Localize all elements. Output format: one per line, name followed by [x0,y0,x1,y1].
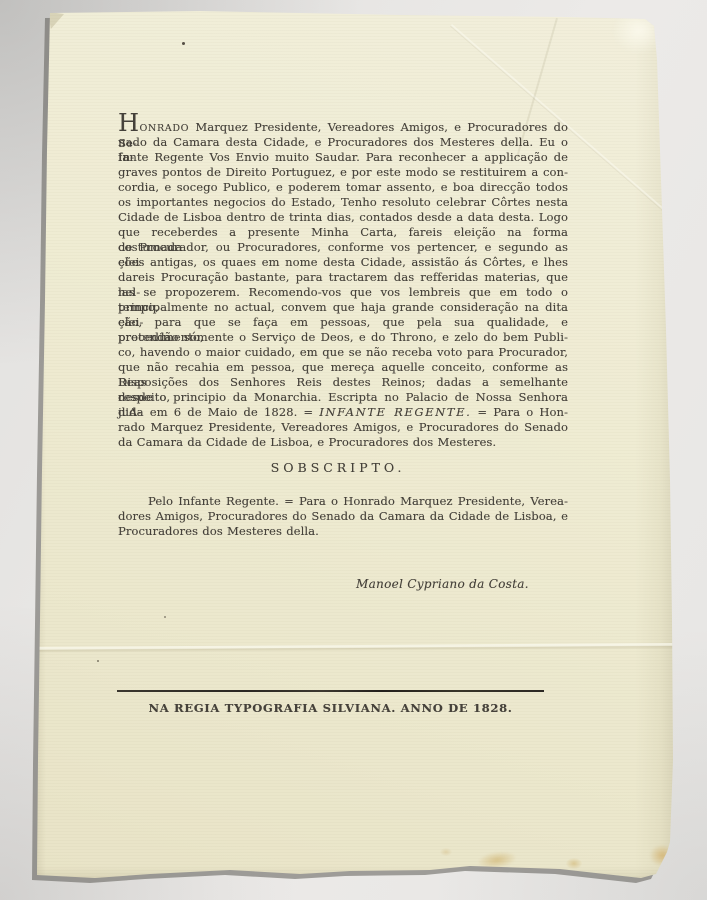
ink-speck [164,616,166,618]
text-line: las se propozerem. Recomendo-vos que vos… [118,285,568,300]
text-line: nado da Camara desta Cidade, e Procurado… [118,135,568,150]
text-line: principalmente no actual, convem que haj… [118,300,568,315]
text-line: cordia, e socego Publico, e poderem toma… [118,180,568,195]
paper-edge-shade-right [635,18,675,880]
signature-name: Manoel Cypriano da Costa. [356,577,529,592]
text-line: Disposições dos Senhores Reis destes Rei… [118,375,568,390]
ink-speck [97,660,99,662]
document-body-lines: nado da Camara desta Cidade, e Procurado… [118,135,568,405]
imprint-rule [117,690,544,692]
imprint-line: NA REGIA TYPOGRAFIA SILVIANA. ANNO DE 18… [117,701,544,716]
text-line: pretendão sómente o Serviço de Deos, e d… [118,330,568,345]
text-line: fante Regente Vos Envio muito Saudar. Pa… [118,150,568,165]
text-line: rado Marquez Presidente, Vereadores Amig… [118,420,568,435]
stain-blotch [650,845,675,866]
subscript-heading: SOBSCRIPTO. [118,460,558,475]
opening-line: HONRADO Marquez Presidente, Vereadores A… [118,120,568,135]
text-line: desde o principio da Monarchia. Escripta… [118,390,568,405]
text-line: que receberdes a presente Minha Carta, f… [118,225,568,240]
text-line: dores Amigos, Procuradores do Senado da … [118,509,568,524]
document-body: HONRADO Marquez Presidente, Vereadores A… [118,120,568,450]
subscript-paragraph: Pelo Infante Regente. = Para o Honrado M… [118,494,568,539]
regent-emphasis: INFANTE REGENTE. [319,405,471,419]
dated-line: juda em 6 de Maio de 1828. = INFANTE REG… [118,405,568,420]
drop-cap-initial: H [118,109,139,137]
text-line: Pelo Infante Regente. = Para o Honrado M… [118,494,568,509]
text-line: co, havendo o maior cuidado, em que se n… [118,345,568,360]
ink-speck [182,42,185,45]
text-line: que não recahia em pessoa, que mereça aq… [118,360,568,375]
text-line: dareis Procuração bastante, para tractar… [118,270,568,285]
photo-background: HONRADO Marquez Presidente, Vereadores A… [0,0,707,900]
text-line: Procuradores dos Mesteres della. [118,524,568,539]
text-line: ção, para que se faça em pessoas, que pe… [118,315,568,330]
opening-smallcaps: ONRADO [139,123,189,134]
text-line: ções antigas, os quaes em nome desta Cid… [118,255,568,270]
text-line: os importantes negocios do Estado, Tenho… [118,195,568,210]
document-closing-lines: rado Marquez Presidente, Vereadores Amig… [118,420,568,450]
text-line: graves pontos de Direito Portuguez, e po… [118,165,568,180]
text-line: de Procurador, ou Procuradores, conforme… [118,240,568,255]
text-line: da Camara da Cidade de Lisboa, e Procura… [118,435,568,450]
corner-curl-top-right [612,18,658,54]
stain-blotch [440,848,452,856]
stain-blotch [566,858,582,869]
text-line: Cidade de Lisboa dentro de trinta dias, … [118,210,568,225]
dated-line-pre: juda em 6 de Maio de 1828. = [118,405,319,419]
dated-line-post: = Para o Hon- [471,405,568,419]
document-paper: HONRADO Marquez Presidente, Vereadores A… [0,0,707,900]
